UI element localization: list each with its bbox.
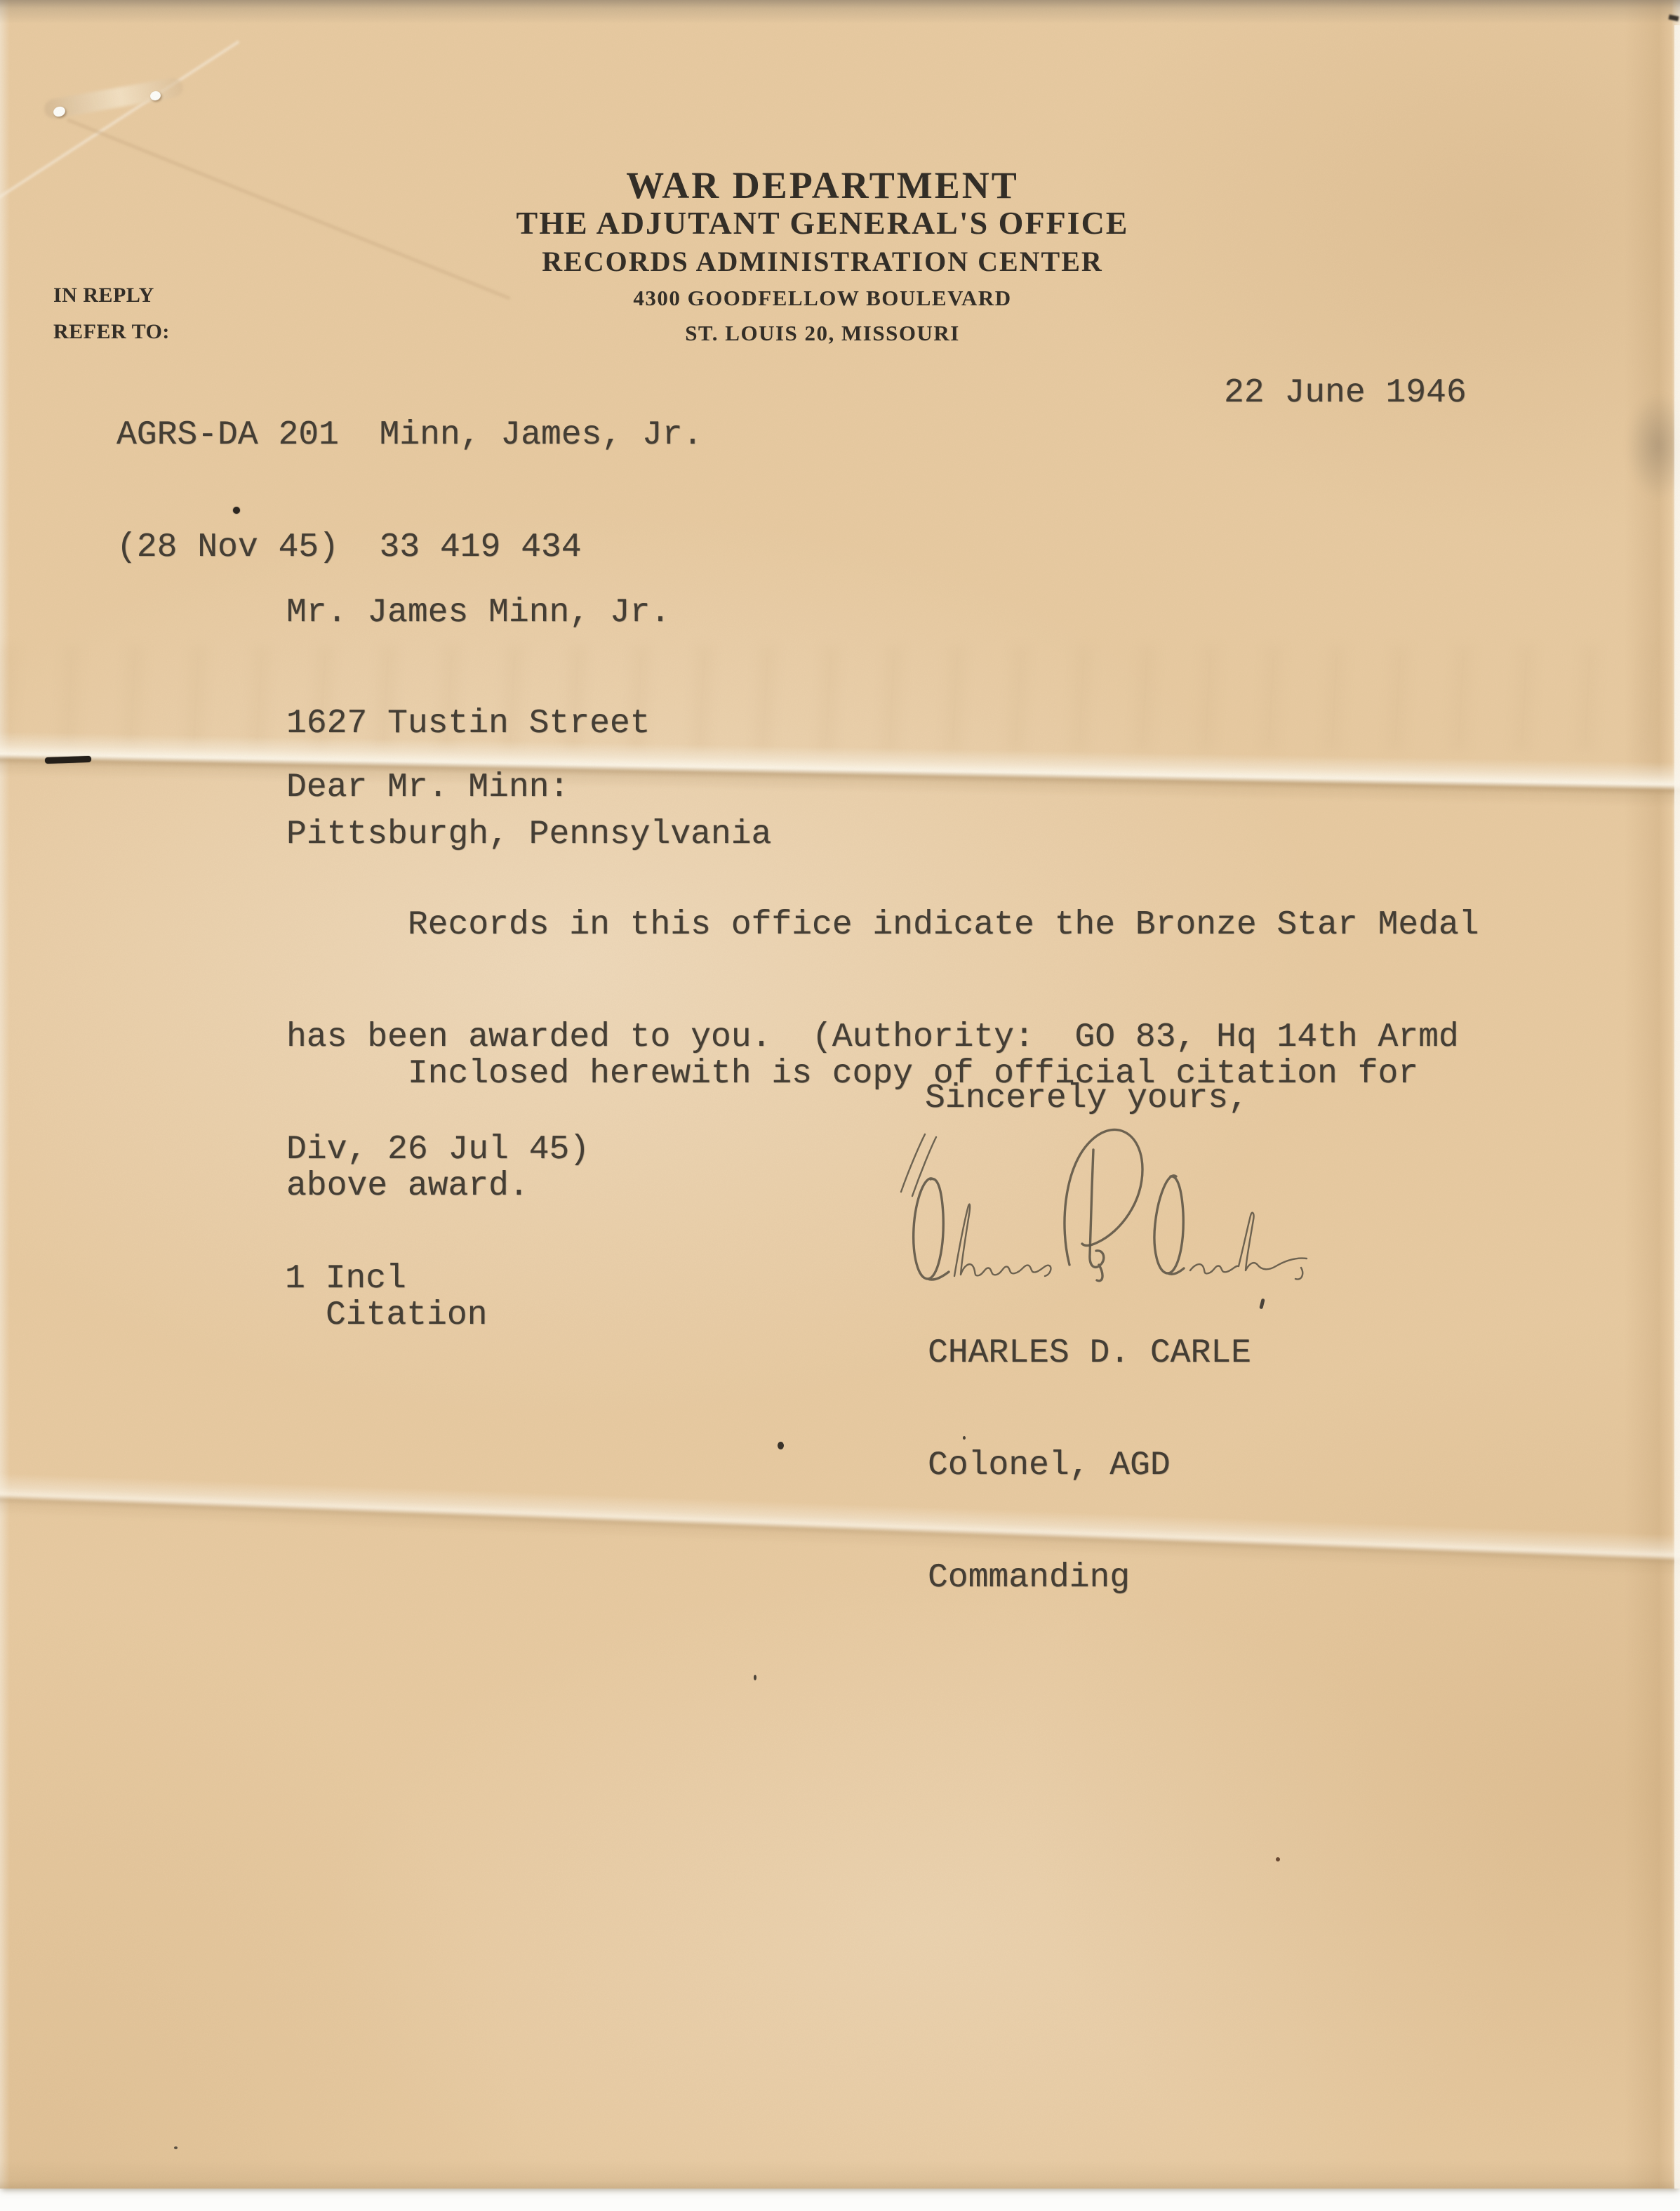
refer-to-label: REFER TO: [53, 320, 170, 344]
signer-typed-name: CHARLES D. CARLE [928, 1335, 1251, 1372]
ink-speck [778, 1442, 784, 1449]
letterhead-center: RECORDS ADMINISTRATION CENTER [0, 245, 1645, 278]
enclosure-count: 1 Incl [285, 1261, 406, 1297]
fold-crease-lower [0, 1473, 1680, 1577]
scanned-letter: WAR DEPARTMENT THE ADJUTANT GENERAL'S OF… [0, 0, 1680, 2211]
recipient-street: 1627 Tustin Street [286, 706, 771, 741]
salutation: Dear Mr. Minn: [286, 769, 569, 806]
pen-dash-mark [45, 756, 91, 764]
letter-date: 22 June 1946 [1224, 375, 1467, 411]
edge-smudge [1627, 393, 1680, 498]
in-reply-label: IN REPLY [53, 284, 154, 307]
letterhead-department: WAR DEPARTMENT [0, 164, 1645, 207]
signature-block: CHARLES D. CARLE Colonel, AGD Commanding [928, 1259, 1251, 1672]
corner-notch [1668, 15, 1679, 22]
wrinkle-texture [0, 646, 1680, 751]
signer-title: Commanding [928, 1560, 1251, 1596]
recipient-name: Mr. James Minn, Jr. [286, 595, 771, 630]
pen-dot-mark [233, 507, 240, 514]
ink-speck [754, 1675, 756, 1680]
enclosure-item: Citation [326, 1297, 487, 1334]
signer-rank: Colonel, AGD [928, 1447, 1251, 1484]
reference-line: AGRS-DA 201 Minn, James, Jr. [116, 417, 702, 453]
letterhead-office: THE ADJUTANT GENERAL'S OFFICE [0, 204, 1645, 241]
paper-sheet: WAR DEPARTMENT THE ADJUTANT GENERAL'S OF… [0, 0, 1680, 2189]
letterhead-street: 4300 GOODFELLOW BOULEVARD [0, 286, 1645, 311]
body-line: Inclosed herewith is copy of official ci… [286, 1056, 1418, 1092]
ink-speck [174, 2146, 178, 2149]
body-line: Records in this office indicate the Bron… [286, 907, 1479, 943]
ink-speck [963, 1436, 966, 1440]
paper-right-edge [1674, 25, 1680, 2189]
pen-tick-mark [1259, 1299, 1265, 1310]
ink-speck [1276, 1857, 1280, 1861]
